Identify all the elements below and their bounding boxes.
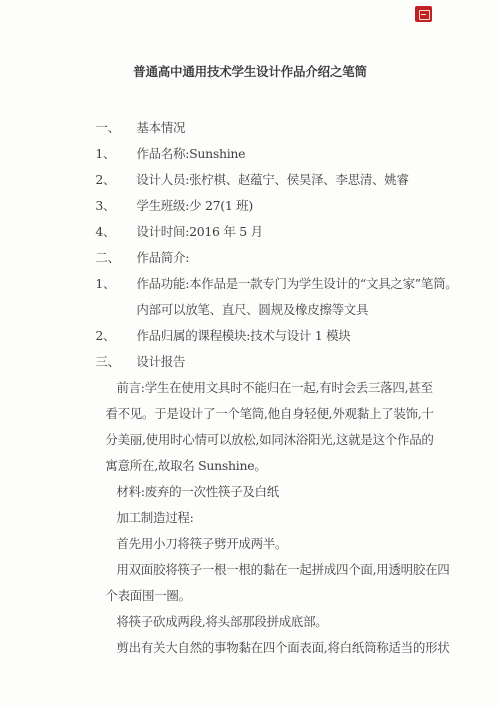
line-text: 看不见。于是设计了一个笔筒,他自身轻便,外观黏上了装饰,十	[105, 406, 433, 421]
line-text: 剪出有关大自然的事物黏在四个面表面,将白纸筒称适当的形状	[116, 640, 449, 655]
line-number: 二、	[95, 245, 136, 271]
red-corner-badge-glyph	[419, 10, 430, 20]
doc-line: 一、基本情况	[66, 89, 500, 115]
line-text: 作品名称:Sunshine	[136, 146, 245, 161]
line-text: 作品功能:本作品是一款专门为学生设计的“文具之家”笔筒。	[136, 276, 457, 291]
line-number: 一、	[95, 115, 136, 141]
line-text: 设计人员:张柠棋、赵蕴宁、侯昊泽、李思清、姚睿	[136, 172, 408, 187]
line-text: 学生班级:少 27(1 班)	[136, 198, 253, 213]
line-number: 1、	[95, 271, 136, 297]
line-text: 加工制造过程:	[116, 510, 193, 525]
line-text: 材料:废弃的一次性筷子及白纸	[116, 484, 279, 499]
document-page: 普通高中通用技术学生设计作品介绍之笔筒 一、基本情况 1、作品名称:Sunshi…	[0, 0, 500, 708]
line-text: 个表面围一圈。	[105, 588, 190, 603]
line-text: 寓意所在,故取名 Sunshine。	[105, 458, 266, 473]
line-number: 2、	[95, 323, 136, 349]
line-text: 设计时间:2016 年 5 月	[136, 224, 262, 239]
line-text: 内部可以放笔、直尺、圆规及橡皮擦等文具	[136, 302, 368, 317]
line-number: 4、	[95, 219, 136, 245]
line-text: 作品简介:	[136, 250, 189, 265]
line-text: 作品归属的课程模块:技术与设计 1 模块	[136, 328, 350, 343]
red-corner-badge-icon	[415, 6, 432, 22]
line-text: 基本情况	[136, 120, 185, 135]
document-body: 一、基本情况 1、作品名称:Sunshine 2、设计人员:张柠棋、赵蕴宁、侯昊…	[0, 89, 500, 635]
line-text: 前言:学生在使用文具时不能归在一起,有时会丢三落四,甚至	[116, 380, 432, 395]
line-text: 首先用小刀将筷子劈开成两半。	[116, 536, 287, 551]
line-number: 1、	[95, 141, 136, 167]
line-number: 3、	[95, 193, 136, 219]
line-text: 分美丽,使用时心情可以放松,如同沐浴阳光,这就是这个作品的	[105, 432, 433, 447]
line-number: 2、	[95, 167, 136, 193]
line-number: 三、	[95, 349, 136, 375]
line-text: 将筷子砍成两段,将头部那段拼成底部。	[116, 614, 327, 629]
line-text: 用双面胶将筷子一根一根的黏在一起拼成四个面,用透明胶在四	[116, 562, 449, 577]
page-title: 普通高中通用技术学生设计作品介绍之笔筒	[0, 59, 500, 85]
line-text: 设计报告	[136, 354, 185, 369]
